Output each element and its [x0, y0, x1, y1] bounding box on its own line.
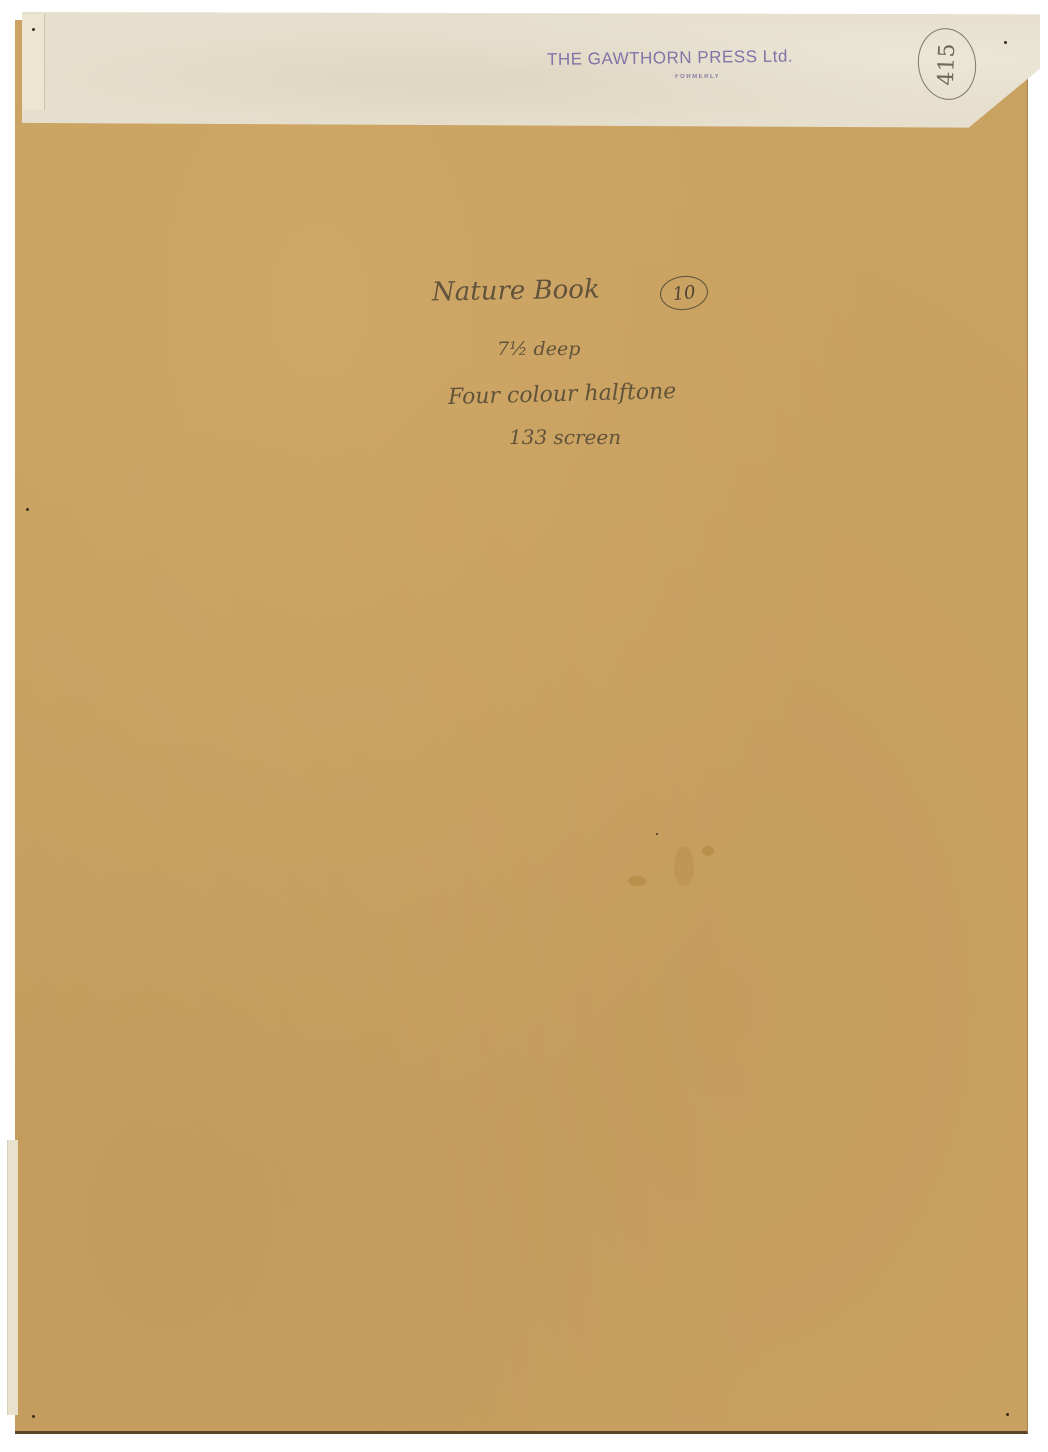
speck	[32, 28, 35, 31]
publisher-stamp: THE GAWTHORN PRESS Ltd. FORMERLY	[547, 50, 827, 80]
note-depth: 7½ deep	[497, 338, 580, 360]
stain-mark	[674, 846, 694, 886]
stain-mark	[628, 876, 646, 886]
note-title: Nature Book	[432, 275, 600, 308]
speck	[26, 508, 29, 511]
speck	[32, 1415, 35, 1418]
mounting-board	[15, 20, 1028, 1434]
stamp-subtext: FORMERLY	[675, 74, 827, 80]
note-screen: 133 screen	[509, 425, 621, 449]
speck	[656, 833, 658, 835]
stamp-text: THE GAWTHORN PRESS Ltd.	[547, 46, 827, 70]
stain-mark	[702, 846, 714, 856]
circled-number-value: 10	[672, 281, 697, 304]
reference-number: 415	[934, 43, 960, 86]
speck	[1006, 1413, 1009, 1416]
tissue-overlay-flap	[22, 12, 1040, 130]
speck	[1004, 41, 1007, 44]
board-edge-strip	[7, 1140, 18, 1415]
